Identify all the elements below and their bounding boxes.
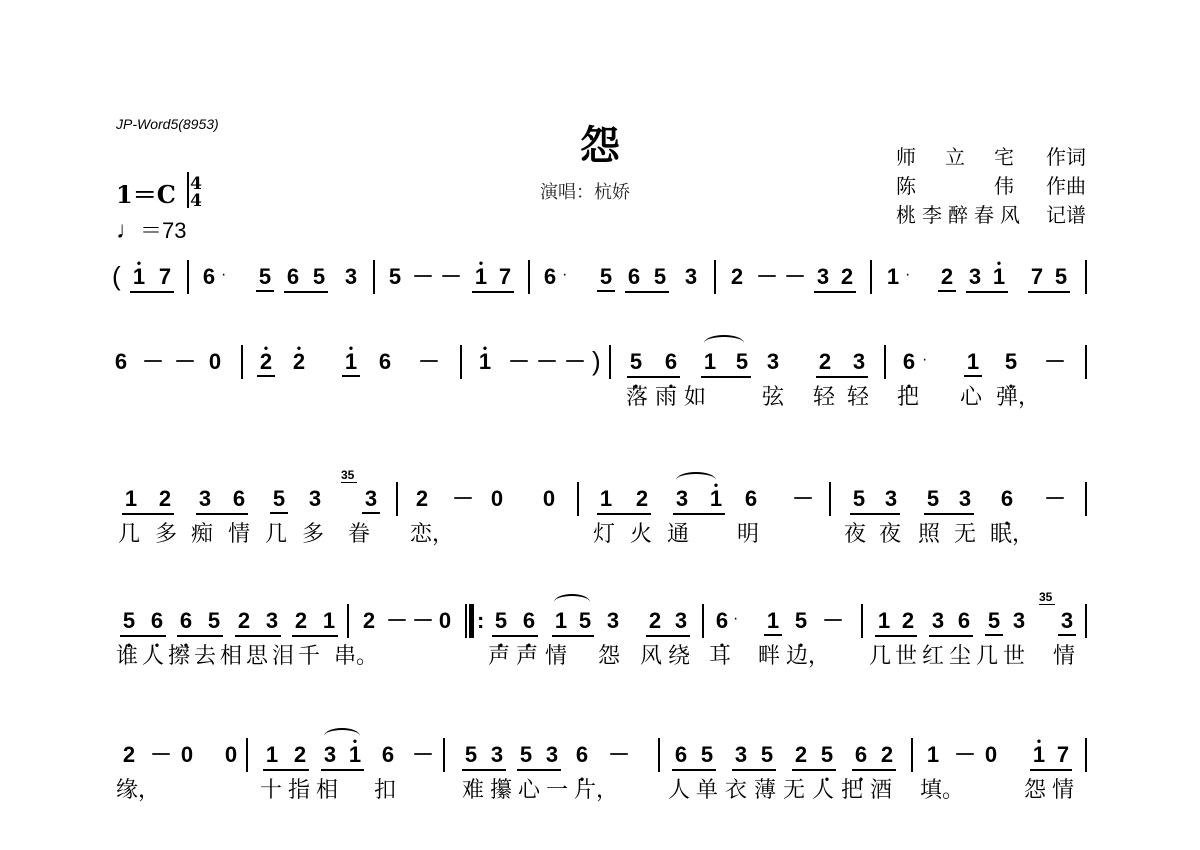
underline <box>732 769 776 771</box>
barline <box>911 738 913 772</box>
note: 3 <box>543 742 561 768</box>
note: 2 <box>291 742 309 768</box>
barline <box>609 345 611 379</box>
lyric: 相 <box>316 778 338 804</box>
lyric: 人 <box>142 644 164 670</box>
lyric: 单 <box>696 778 718 804</box>
quarter-note-icon: ♩ <box>116 217 140 244</box>
note: 3 <box>764 349 782 375</box>
repeat-barline <box>469 604 474 638</box>
lyricist-credit: 师立宅 作词 <box>896 143 1086 172</box>
note: 0 <box>982 742 1000 768</box>
note: 1 <box>122 486 140 512</box>
score-row-2: 6 － － 0 2 2 1 6 － 1 － － － ) 5 6 1 5 3 2 … <box>0 349 1200 429</box>
note: 6 <box>662 349 680 375</box>
note: 2 <box>646 608 664 634</box>
note: 3 <box>814 264 832 290</box>
underline <box>929 635 973 637</box>
lyric: 几 <box>265 522 287 548</box>
note: 6 <box>230 486 248 512</box>
note: 3 <box>882 486 900 512</box>
note: 1 <box>597 486 615 512</box>
note: 2 <box>838 264 856 290</box>
tempo-marking: ♩＝73 <box>116 214 186 245</box>
note: 6 <box>148 608 166 634</box>
underline <box>816 376 868 378</box>
lyric: 几 <box>976 644 998 670</box>
note: 5 <box>517 742 535 768</box>
note: 3 <box>488 742 506 768</box>
dash: － <box>174 349 192 375</box>
note: 5 <box>576 608 594 634</box>
note: 2 <box>938 264 956 292</box>
note: 5 <box>924 486 942 512</box>
lyric: 人 <box>812 778 834 804</box>
lyric: 把 <box>897 385 919 411</box>
underline <box>1028 291 1070 293</box>
credit-char: 师 <box>896 143 916 172</box>
lyric: 思 <box>246 644 268 670</box>
underline <box>492 635 538 637</box>
note: 2 <box>899 608 917 634</box>
lyric: 弹， <box>996 385 1040 411</box>
barline <box>347 604 349 638</box>
note: 6 <box>284 264 302 290</box>
underline <box>321 769 364 771</box>
lyric: 缘， <box>116 778 160 804</box>
lyric: 边， <box>786 644 830 670</box>
underline <box>1030 769 1072 771</box>
score-row-1: ( 1 7 6 · 5 6 5 3 5 － － 1 7 6 · 5 6 5 3 … <box>0 264 1200 344</box>
note: 3 <box>929 608 947 634</box>
underline <box>646 635 690 637</box>
barline <box>443 738 445 772</box>
note: 6 <box>379 742 397 768</box>
note: 1 <box>884 264 902 290</box>
dash: － <box>412 742 430 768</box>
note: 3 <box>306 486 324 512</box>
dash: － <box>564 349 582 375</box>
barline <box>241 345 243 379</box>
note: 5 <box>270 486 288 514</box>
note: 1 <box>346 742 364 768</box>
note: 3 <box>604 608 622 634</box>
lyric: 扣 <box>374 778 396 804</box>
lyric: 心 <box>960 385 982 411</box>
note: 0 <box>540 486 558 512</box>
credit-char: 桃 <box>896 201 916 230</box>
lyric: 恋， <box>410 522 454 548</box>
note: 6 <box>742 486 760 512</box>
note: 3 <box>1010 608 1028 634</box>
composer-credit: 陈伟 作曲 <box>896 172 1086 201</box>
note: 2 <box>290 349 308 375</box>
note: 5 <box>792 608 810 634</box>
note: 5 <box>627 349 645 375</box>
lyric: 衣 <box>725 778 747 804</box>
lyric: 眷 <box>348 522 370 548</box>
lyric: 世 <box>1003 644 1025 670</box>
note: 3 <box>1058 608 1076 636</box>
barline <box>246 738 248 772</box>
augmentation-dot: · <box>733 610 738 628</box>
note: 6 <box>672 742 690 768</box>
note: 5 <box>205 608 223 634</box>
note: 2 <box>120 742 138 768</box>
lyric: 情 <box>1052 778 1074 804</box>
note: 5 <box>462 742 480 768</box>
underline <box>701 376 751 378</box>
lyric: 片， <box>574 778 618 804</box>
lyric: 如 <box>684 385 706 411</box>
slur <box>324 728 360 744</box>
barline <box>658 738 660 772</box>
lyric: 轻 <box>813 385 835 411</box>
note: 3 <box>966 264 984 290</box>
lyric: 去 <box>194 644 216 670</box>
underline <box>792 769 836 771</box>
underline <box>284 291 328 293</box>
dash: － <box>142 349 160 375</box>
lyric: 怨 <box>598 644 620 670</box>
lyric: 无 <box>954 522 976 548</box>
lyric: 红 <box>922 644 944 670</box>
lyric: 畔 <box>758 644 780 670</box>
software-watermark: JP-Word5(8953) <box>116 116 219 132</box>
underline <box>673 513 725 515</box>
note: 3 <box>196 486 214 512</box>
time-sig-bottom: 4 <box>186 193 206 210</box>
dash: － <box>418 349 436 375</box>
note: 5 <box>651 264 669 290</box>
barline <box>714 260 716 294</box>
note: 5 <box>850 486 868 512</box>
note: 6 <box>573 742 591 768</box>
lyric: 痴 <box>191 522 213 548</box>
note: 0 <box>206 349 224 375</box>
lyric: 薄 <box>754 778 776 804</box>
note: 3 <box>342 264 360 290</box>
slur <box>554 594 590 610</box>
key-signature: 1＝C <box>116 175 176 210</box>
singer-credit: 演唱：杭娇 <box>540 178 630 204</box>
underline <box>120 635 166 637</box>
lyric: 心 <box>518 778 540 804</box>
tempo-value: ＝73 <box>140 218 186 243</box>
dash: － <box>412 264 430 290</box>
underline <box>462 769 506 771</box>
lyric: 照 <box>918 522 940 548</box>
barline <box>870 260 872 294</box>
note: 2 <box>156 486 174 512</box>
barline <box>1085 738 1087 772</box>
note: 1 <box>263 742 281 768</box>
lyric: 情 <box>228 522 250 548</box>
underline <box>625 291 669 293</box>
augmentation-dot: · <box>905 266 910 284</box>
lyric: 指 <box>288 778 310 804</box>
note: 5 <box>492 608 510 634</box>
note: 6 <box>998 486 1016 512</box>
underline <box>472 291 514 293</box>
score-row-3: 1 2 3 6 5 3 35 3 2 － 0 0 1 2 3 1 6 － 5 3… <box>0 486 1200 566</box>
lyric: 攥 <box>490 778 512 804</box>
note: 6 <box>112 349 130 375</box>
underline <box>517 769 561 771</box>
underline <box>627 376 680 378</box>
open-paren: ( <box>112 261 121 291</box>
credit-char: 立 <box>945 143 965 172</box>
note: 1 <box>130 264 148 290</box>
close-paren: ) <box>592 346 601 376</box>
note: 7 <box>1028 264 1046 290</box>
lyric: 通 <box>667 522 689 548</box>
credit-role: 记谱 <box>1022 201 1086 230</box>
note: 2 <box>878 742 896 768</box>
lyric: 绕 <box>668 644 690 670</box>
note: 3 <box>672 608 690 634</box>
note: 1 <box>990 264 1008 290</box>
note: 6 <box>541 264 559 290</box>
note: 3 <box>682 264 700 290</box>
lyric: 泪 <box>272 644 294 670</box>
lyric: 耳 <box>709 644 731 670</box>
note: 1 <box>707 486 725 512</box>
note: 3 <box>850 349 868 375</box>
lyric: 夜 <box>879 522 901 548</box>
lyric: 怨 <box>1024 778 1046 804</box>
credit-role: 作词 <box>1022 143 1086 172</box>
lyric: 世 <box>895 644 917 670</box>
grace-notes: 35 <box>341 468 354 482</box>
note: 1 <box>875 608 893 634</box>
lyric: 落 <box>626 385 648 411</box>
note: 6 <box>520 608 538 634</box>
dash: － <box>756 264 774 290</box>
lyric: 几 <box>869 644 891 670</box>
underline <box>235 635 281 637</box>
song-title: 怨 <box>570 114 630 171</box>
note: 3 <box>263 608 281 634</box>
dash: － <box>536 349 554 375</box>
grace-underline <box>341 482 357 483</box>
score-row-5: 2 － 0 0 1 2 3 1 6 － 5 3 5 3 6 － 6 5 3 5 … <box>0 742 1200 822</box>
note: 5 <box>698 742 716 768</box>
note: 2 <box>816 349 834 375</box>
grace-underline <box>1039 604 1055 605</box>
dash: － <box>792 486 810 512</box>
lyric: 风 <box>640 644 662 670</box>
dash: － <box>452 486 470 512</box>
underline <box>263 769 309 771</box>
note: 3 <box>362 486 380 514</box>
note: 0 <box>488 486 506 512</box>
credit-role: 作曲 <box>1022 172 1086 201</box>
note: 5 <box>310 264 328 290</box>
lyric: 多 <box>302 522 324 548</box>
score-row-4: 5 6 6 5 2 3 2 1 2 － － 0 : 5 6 1 5 3 2 3 … <box>0 608 1200 688</box>
note: 6 <box>713 608 731 634</box>
dash: － <box>608 742 626 768</box>
underline <box>672 769 716 771</box>
note: 2 <box>728 264 746 290</box>
barline <box>528 260 530 294</box>
underline <box>552 635 594 637</box>
lyric: 难 <box>462 778 484 804</box>
note: 2 <box>235 608 253 634</box>
dash: － <box>508 349 526 375</box>
note: 1 <box>764 608 782 636</box>
augmentation-dot: · <box>221 266 226 284</box>
note: 2 <box>292 608 310 634</box>
lyric: 填。 <box>920 778 964 804</box>
note: 1 <box>1030 742 1048 768</box>
note: 7 <box>1054 742 1072 768</box>
note: 0 <box>222 742 240 768</box>
credit-char: 春 <box>974 201 994 230</box>
underline <box>924 513 974 515</box>
underline <box>130 291 174 293</box>
underline <box>177 635 223 637</box>
augmentation-dot: · <box>922 351 927 369</box>
note: 5 <box>597 264 615 292</box>
barline <box>396 482 398 516</box>
note: 1 <box>552 608 570 634</box>
underline <box>852 769 896 771</box>
barline <box>1085 482 1087 516</box>
barline <box>1085 604 1087 638</box>
dash: － <box>954 742 972 768</box>
barline <box>861 604 863 638</box>
barline <box>187 260 189 294</box>
lyric: 十 <box>260 778 282 804</box>
lyric: 声 <box>488 644 510 670</box>
note: 6 <box>625 264 643 290</box>
barline <box>465 604 467 638</box>
lyric: 弦 <box>762 385 784 411</box>
note: 1 <box>924 742 942 768</box>
note: 6 <box>955 608 973 634</box>
lyric: 尘 <box>949 644 971 670</box>
note: 5 <box>1002 349 1020 375</box>
note: 0 <box>178 742 196 768</box>
lyric: 雨 <box>655 385 677 411</box>
dash: － <box>1044 486 1062 512</box>
dash: － <box>386 608 404 634</box>
lyric: 情 <box>1053 644 1075 670</box>
augmentation-dot: · <box>562 266 567 284</box>
barline <box>577 482 579 516</box>
underline <box>196 513 248 515</box>
note: 2 <box>257 349 275 377</box>
barline <box>1085 345 1087 379</box>
note: 1 <box>476 349 494 375</box>
barline <box>1085 260 1087 294</box>
note: 5 <box>758 742 776 768</box>
lyric: 人 <box>668 778 690 804</box>
note: 7 <box>156 264 174 290</box>
note: 1 <box>320 608 338 634</box>
underline <box>814 291 856 293</box>
lyric: 串。 <box>334 644 378 670</box>
note: 5 <box>120 608 138 634</box>
credit-char: 伟 <box>994 172 1014 201</box>
lyric: 相 <box>220 644 242 670</box>
time-sig-divider <box>187 172 189 208</box>
credits-block: 师立宅 作词 陈伟 作曲 桃李醉春风 记谱 <box>896 143 1086 230</box>
barline <box>702 604 704 638</box>
underline <box>850 513 900 515</box>
barline <box>373 260 375 294</box>
underline <box>597 513 651 515</box>
barline <box>884 345 886 379</box>
note: 2 <box>633 486 651 512</box>
credit-char: 风 <box>1000 201 1020 230</box>
dash: － <box>1044 349 1062 375</box>
lyric: 灯 <box>593 522 615 548</box>
credit-char: 宅 <box>994 143 1014 172</box>
note: 6 <box>200 264 218 290</box>
underline <box>292 635 338 637</box>
note: 2 <box>413 486 431 512</box>
time-signature: 4 4 <box>186 176 206 210</box>
note: 3 <box>732 742 750 768</box>
note: 7 <box>496 264 514 290</box>
note: 1 <box>472 264 490 290</box>
dash: － <box>440 264 458 290</box>
lyric: 几 <box>118 522 140 548</box>
note: 5 <box>818 742 836 768</box>
barline <box>460 345 462 379</box>
lyric: 明 <box>737 522 759 548</box>
note: 1 <box>964 349 982 377</box>
underline <box>122 513 174 515</box>
lyric: 一 <box>546 778 568 804</box>
note: 3 <box>321 742 339 768</box>
dash: － <box>784 264 802 290</box>
dash: － <box>150 742 168 768</box>
note: 2 <box>792 742 810 768</box>
note: 3 <box>956 486 974 512</box>
repeat-colon: : <box>477 608 484 634</box>
note: 6 <box>376 349 394 375</box>
lyric: 眠， <box>990 522 1034 548</box>
lyric: 多 <box>155 522 177 548</box>
slur <box>676 472 716 488</box>
slur <box>704 335 744 351</box>
lyric: 轻 <box>847 385 869 411</box>
lyric: 擦 <box>168 644 190 670</box>
note: 5 <box>733 349 751 375</box>
note: 0 <box>436 608 454 634</box>
lyric: 火 <box>630 522 652 548</box>
note: 5 <box>985 608 1003 636</box>
lyric: 声 <box>516 644 538 670</box>
note: 5 <box>1052 264 1070 290</box>
lyric: 酒 <box>870 778 892 804</box>
lyric: 谁 <box>116 644 138 670</box>
note: 5 <box>386 264 404 290</box>
underline <box>966 291 1008 293</box>
note: 1 <box>342 349 360 377</box>
underline <box>875 635 917 637</box>
barline <box>829 482 831 516</box>
note: 6 <box>900 349 918 375</box>
credit-char: 醉 <box>948 201 968 230</box>
lyric: 把 <box>841 778 863 804</box>
grace-notes: 35 <box>1039 590 1052 604</box>
lyric: 无 <box>783 778 805 804</box>
